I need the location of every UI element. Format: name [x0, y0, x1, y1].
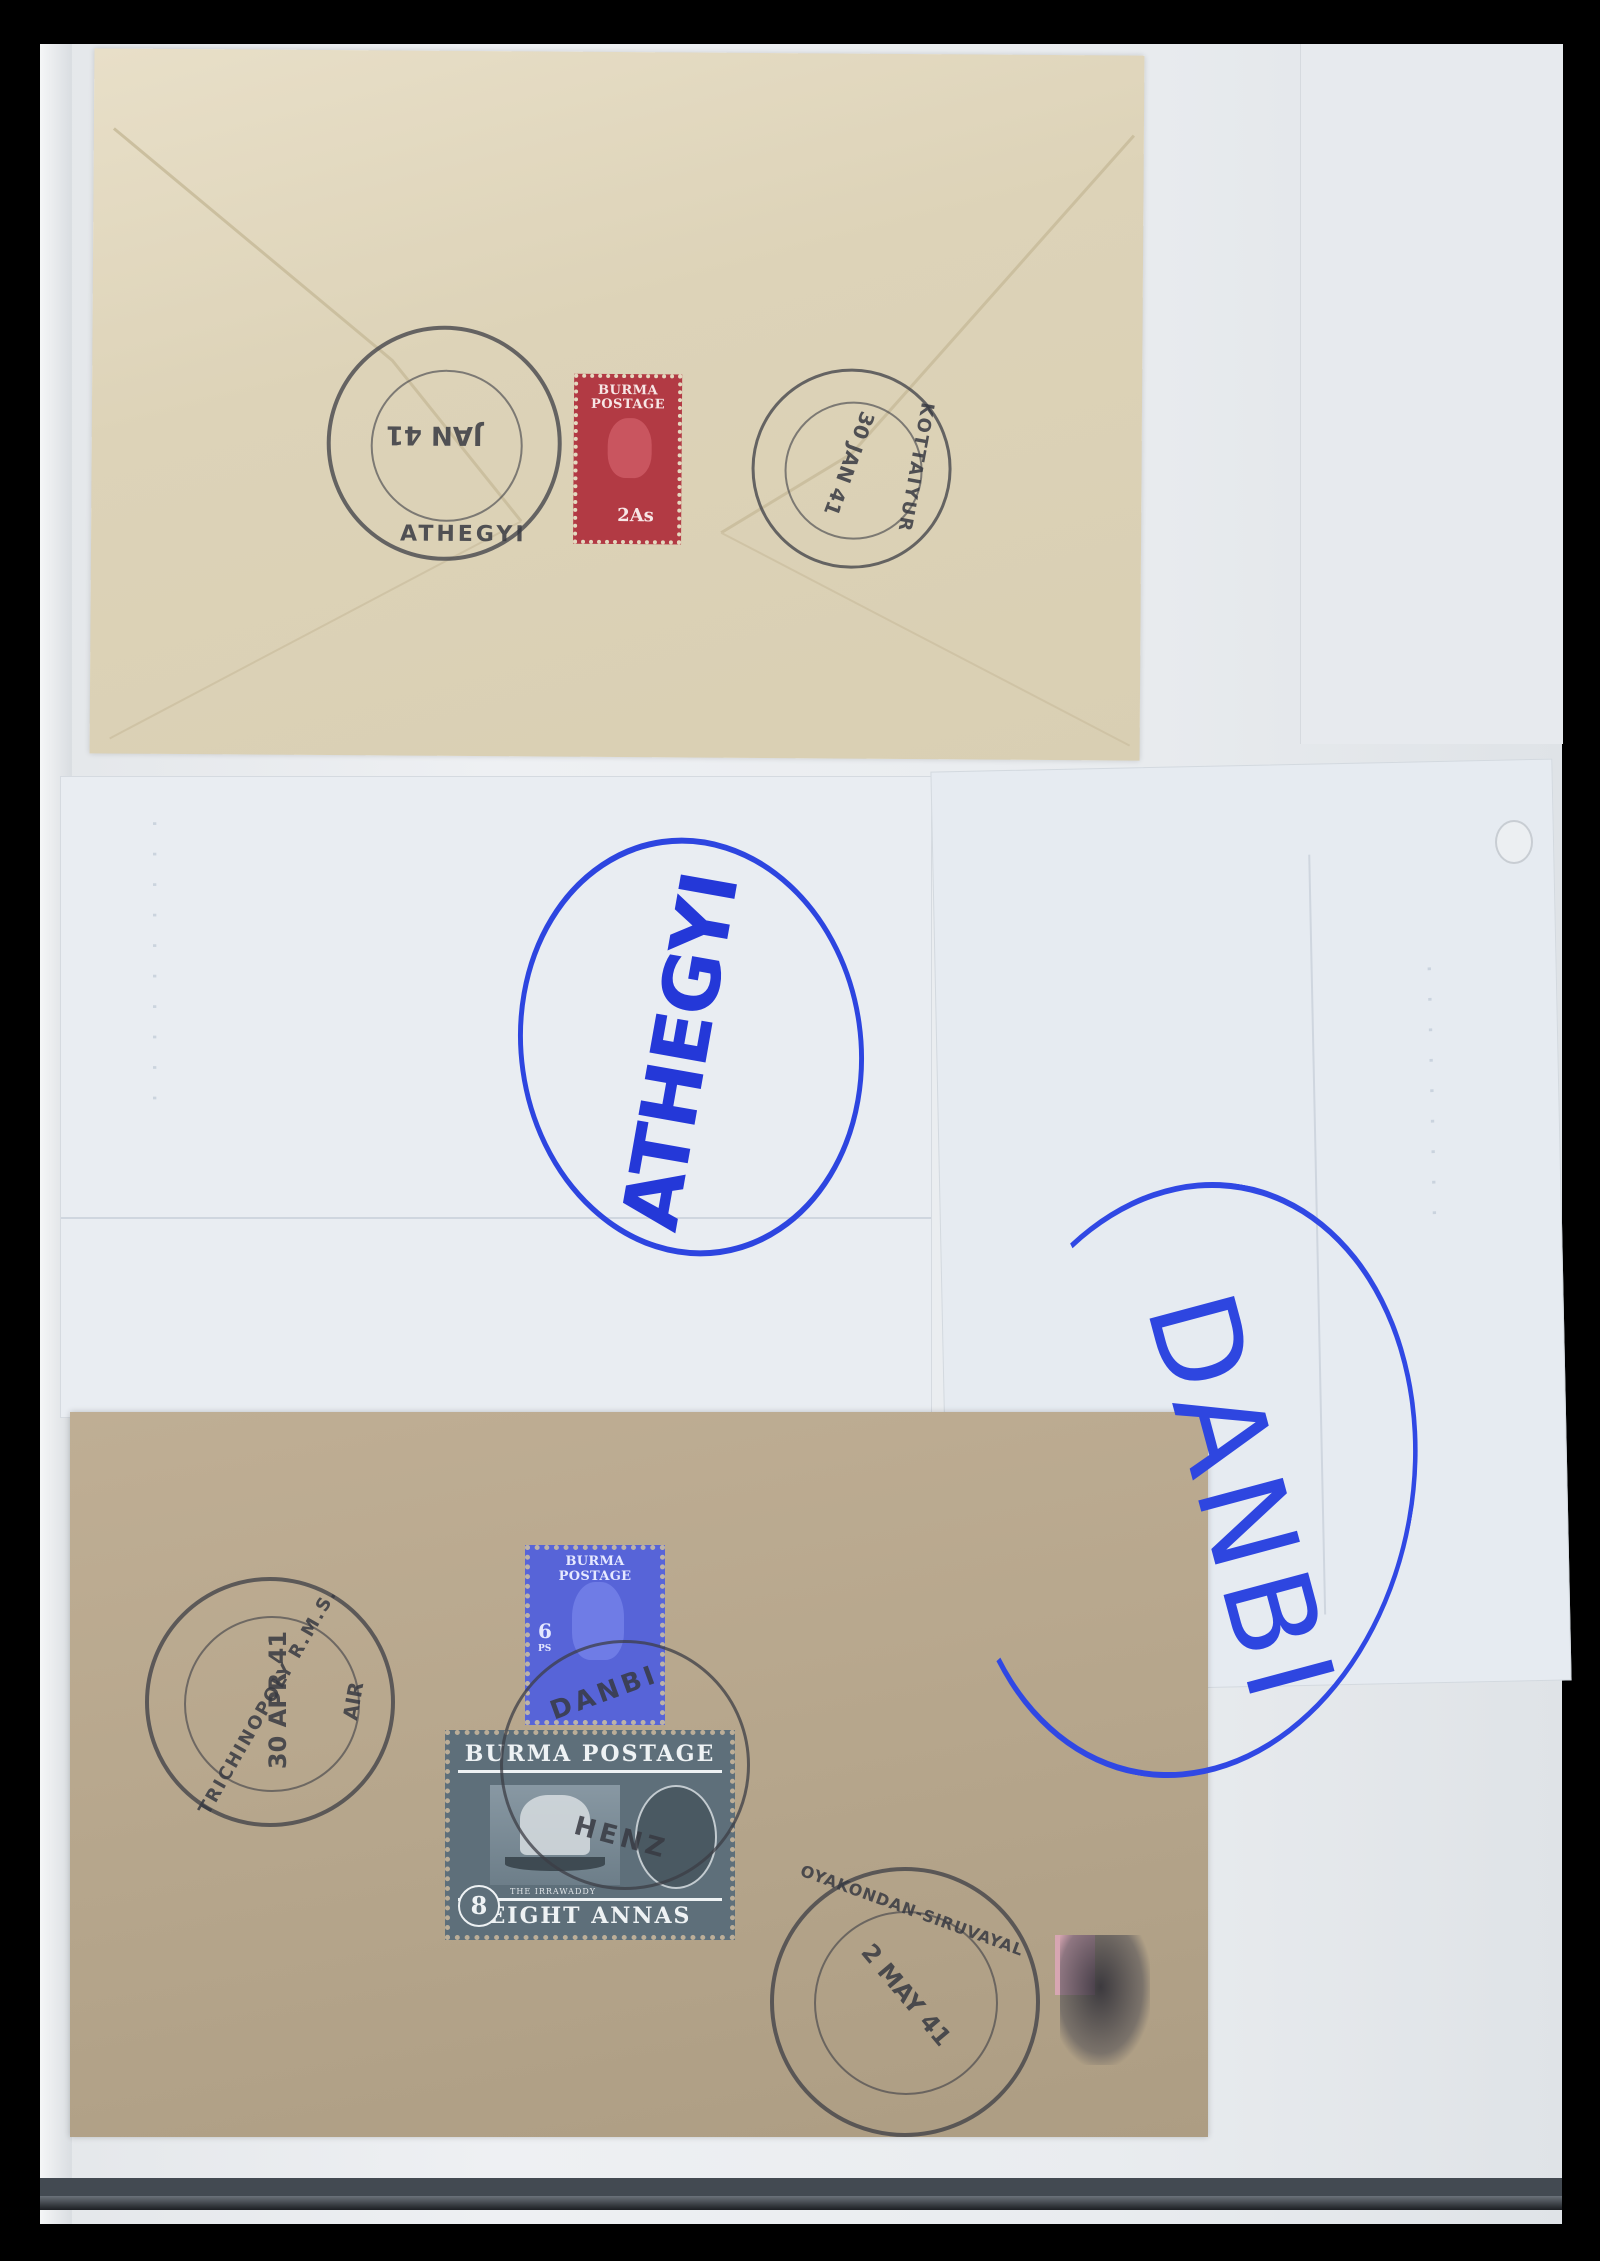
postmark-oyakondan: 2 MAY 41 OYAKONDAN-SIRUVAYAL	[770, 1867, 1040, 2137]
postmark-date: JAN 41	[386, 419, 483, 450]
king-portrait-icon	[607, 418, 651, 478]
postmark-danbi: DANBI HENZ	[500, 1640, 750, 1890]
postmark-athegyi: JAN 41 ATHEGYI	[326, 325, 563, 562]
postmark-town: DANBI	[546, 1660, 662, 1727]
stamp-value: 6PS	[538, 1622, 552, 1658]
postmark-town-lower: HENZ	[571, 1811, 672, 1865]
album-sleeve-pocket	[1300, 44, 1563, 744]
note-card-athegyi: · · · · · · · · · · ATHEGYI	[60, 776, 932, 1418]
ink-smudge	[1060, 1935, 1150, 2065]
postmark-town: ATHEGYI	[400, 521, 527, 547]
album-edge	[40, 2196, 1562, 2210]
stamp-value: 8	[458, 1885, 500, 1927]
postmark-kottaiyur: 30 JAN 41 KOTTAIYUR	[751, 368, 952, 569]
stamp-caption: THE IRRAWADDY	[510, 1887, 596, 1896]
faint-typed-text: · · · · · · · · ·	[1416, 962, 1446, 1222]
stamp-value: 2As	[617, 505, 654, 526]
punched-hole	[1495, 820, 1533, 864]
postmark-trichinopoly: 30 APR 41 TRICHINOPOLY R.M.S. AIR	[145, 1577, 395, 1827]
postmark-service: AIR	[338, 1680, 368, 1722]
cover-top: BURMA POSTAGE 2As JAN 41 ATHEGYI 30 JAN …	[90, 48, 1145, 760]
stamp-header: BURMA POSTAGE	[584, 384, 672, 413]
faint-typed-text: · · · · · · · · · ·	[141, 817, 166, 1107]
stamp-burma-2-annas: BURMA POSTAGE 2As	[573, 374, 682, 545]
stamp-header: BURMA POSTAGE	[534, 1554, 656, 1584]
